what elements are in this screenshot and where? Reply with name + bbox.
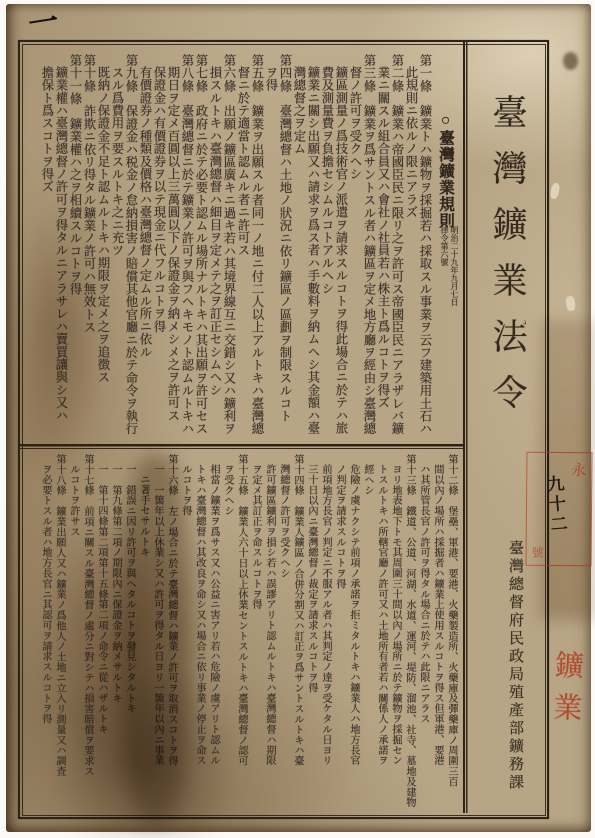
publisher-line: 臺灣總督府民政局殖產部鑛務課 [496, 540, 526, 802]
document-title: 臺灣鑛業法令 [486, 86, 532, 454]
text-column: 第六條 出願ノ鑛區廣キニ過キ若ハ其境界線互ニ交錯シ又ハ鑛利ヲ [222, 54, 236, 442]
text-column: 灣總督ノ許可ヲ受クヘシ [276, 454, 290, 811]
text-column: スル爲費用ヲ要スルトキ之ニ充ツ [110, 54, 124, 442]
text-column: 督ノ許可ヲ受クヘシ [348, 54, 362, 442]
text-column: 第一條 鑛業トハ鑛物ヲ採掘若ハ採取スル事業ヲ云フ建築用土石ハ [418, 54, 432, 442]
paper-dark-fleck [563, 52, 578, 70]
text-column: 三十日以內ニ臺灣總督ノ裁定ヲ請求スルコトヲ得 [304, 454, 318, 811]
text-column: ヲ必要トスル者ハ地方長官ニ其認可ヲ請求スルコトヲ得 [38, 454, 52, 811]
text-column: ルコトヲ得 [178, 454, 192, 811]
text-column: 第七條 政府ニ於テ必要ト認ムル場所ナルトキハ其出願ヲ許可セス [194, 54, 208, 442]
text-column: ヲ得 [264, 54, 278, 442]
text-column: 一 一箇年以上休業シ又ハ許可ヲ得タル日ヨリ一箇年以內ニ事業 [150, 454, 164, 811]
regulation-heading-text: ○臺灣鑛業規則 [437, 112, 454, 229]
text-column: 第五條 鑛業ヲ出願スル者同一ノ地ニ付二人以上アルトキハ臺灣總 [250, 54, 264, 442]
text-column: 第十一條 鑛業權ハ之ヲ相續スルコトヲ得 [68, 54, 82, 442]
text-column: 既納ノ保證金不足ト認ムルトキハ期限ヲ定メ之ヲ追徴ス [96, 54, 110, 442]
handwritten-stroke: 一 [25, 0, 62, 44]
text-column: 許可鑛區鑛利ヲ損シ若ハ誤謬アリト認ムルトキハ臺灣總督ハ期限 [262, 454, 276, 811]
text-column: 擔保ト爲スコトヲ得ズ [40, 54, 54, 442]
archive-stamp-handwritten-number: 九十二 [541, 474, 571, 536]
text-column: 第十三條 鐵道、公道、河湖、水道、運河、堤防、溜池、社寺、墓地及建物 [402, 454, 416, 811]
section-articles-12-18: 第十二條 堡壘、軍港、要港、火藥製造所、火藥庫及彈藥庫ノ周圍三百間以內ノ場所ハ採… [26, 454, 458, 811]
text-column: 第十八條 鑛業出願人又ハ鑛業ノ爲他人ノ土地ニ立入リ測量又ハ調査 [52, 454, 66, 811]
text-column: 第四條 臺灣總督ハ土地ノ狀況ニ依リ鑛區ノ區劃ヲ制限スルコト [278, 54, 292, 442]
text-column: 費及測量費ヲ負擔セシムルコトアルヘシ [320, 54, 334, 442]
section-articles-1-11: ○臺灣鑛業規則 明治二十九年九月七日律令第六號 第一條 鑛業トハ鑛物ヲ採掘若ハ採… [26, 54, 458, 442]
text-column: ノ判定ヲ請求スルコトヲ得 [332, 454, 346, 811]
text-column: ヨリ地表地下トモ其周圍三十間以內ノ場所ニ於テ鑛物ヲ採掘セン [388, 454, 402, 811]
text-column: 有價證券ノ種類及價格ハ臺灣總督ノ定ムル所ニ依ル [138, 54, 152, 442]
text-column: 相當ノ鑛業ヲ爲サス又ハ公益ニ害アリ若ハ危險ノ虞アリト認ムル [206, 454, 220, 811]
text-column: 第二條 鑛業ハ帝國臣民ニ限リ之ヲ許可ス帝國臣民ニアラザレバ鑛 [390, 54, 404, 442]
text-column: 期日ヲ定メ百圓以上三萬圓以下ノ保證金ヲ納メシメ之ヲ許可ス [166, 54, 180, 442]
promulgation-note: 明治二十九年九月七日律令第六號 [439, 226, 458, 306]
text-column: 第十五條 鑛業人六十日以上休業セントスルトキハ臺灣總督ノ認可 [234, 454, 248, 811]
text-column: 業ニ關スル組合員又ハ會社ノ社員若ハ株主ト爲ルコトヲ得ズ [376, 54, 390, 442]
red-margin-stamp: 鑛業 [545, 649, 589, 734]
archive-stamp-red-character-bottom: 號 [532, 544, 544, 561]
text-column: ルコトヲ許サス [66, 454, 80, 811]
regulation-heading: ○臺灣鑛業規則 明治二十九年九月七日律令第六號 [432, 54, 458, 442]
text-column: 鑛業權ハ臺灣總督ノ許可ヲ得タルニアラサレハ賣買讓與シ又ハ [54, 54, 68, 442]
text-column: 此規則ニ依ルノ限ニアラズ [404, 54, 418, 442]
text-column: 鑛業ニ關シ出願又ハ請求ヲ爲ス者ハ手數料ヲ納ムヘシ其金額ハ臺 [306, 54, 320, 442]
text-column: 第九條 保證金ハ税金ノ怠納損害ノ賠償其他官廳ニ於テ命令ヲ執行 [124, 54, 138, 442]
text-column: ハ其所管長官ノ許可ヲ得タル場合ニ於テハ此限ニアラス [416, 454, 430, 811]
text-column: ヲ受クヘシ [220, 454, 234, 811]
title-column-divider [463, 42, 468, 813]
text-column: 第十二條 堡壘、軍港、要港、火藥製造所、火藥庫及彈藥庫ノ周圍三百 [444, 454, 458, 811]
text-column: 鑛區測量ノ爲技術官ノ派遣ヲ請求スルコトヲ得此場合ニ於テハ旅 [334, 54, 348, 442]
text-column: トキハ臺灣總督ハ其改良ヲ命シ又ハ場合ニ依リ事業ノ停止ヲ命ス [192, 454, 206, 811]
archive-stamp: 永 號 九十二 [526, 452, 593, 567]
text-column: 第十六條 左ノ場合ニ於テ臺灣總督ハ鑛業ノ許可ヲ取消スコトヲ得 [164, 454, 178, 811]
text-column: 第三條 鑛業ヲ爲サントスル者ハ鑛區ヲ定メ地方廳ヲ經由シ臺灣總 [362, 54, 376, 442]
text-column: 第十七條 前項ニ關スル臺灣總督ノ處分ニ對シテハ損害賠償ヲ要求ス [80, 454, 94, 811]
text-column: 第八條 臺灣總督ニ於テ鑛業ノ許可ヲ與フヘキモノト認ムルトキハ [180, 54, 194, 442]
text-column: 灣總督之ヲ定ム [292, 54, 306, 442]
section-divider [20, 444, 464, 450]
text-column: 間以內ノ場所ハ採掘者ハ鑛業上使用スルコトヲ得ス但軍港、要港 [430, 454, 444, 811]
promulgation-note-line: 明治二十九年九月七日 [449, 226, 458, 306]
text-column: トスルトキハ所轄官廳ノ許可又ハ土地所有者若ハ關係人ノ承諾ヲ [374, 454, 388, 811]
text-column: ヲ定メ其訂正ヲ命スルコトヲ得 [248, 454, 262, 811]
text-column: 危險ノ虞ナクシテ前項ノ承諾ヲ拒ミタルトキハ鑛業人ハ地方長官 [346, 454, 360, 811]
archive-stamp-red-character-top: 永 [571, 459, 586, 480]
text-column: 一 第十四條第二項第十五條第二項ノ命令ニ從ハザルトキ [94, 454, 108, 811]
text-column: 保證金ハ有價證券ヲ以テ現金ニ代フルコトヲ得 [152, 54, 166, 442]
text-column: 第十條 詐欺ニ依リ得タル鑛業ノ許可ハ無效トス [82, 54, 96, 442]
text-column: 經ヘシ [360, 454, 374, 811]
text-column: 第十四條 鑛業人鑛區ノ合併分割又ハ訂正ヲ爲サントスルトキハ臺 [290, 454, 304, 811]
text-column: 損スルトキハ臺灣總督ハ細目ヲ定メテ之ヲ訂正セシムヘシ [208, 54, 222, 442]
text-column: 督ニ於テ適當ト認ムル者ニ許可ス [236, 54, 250, 442]
text-column: 一 錯誤ニ因リ許可ヲ與ヘタルコトヲ發見シタルトキ [122, 454, 136, 811]
promulgation-note-line: 律令第六號 [439, 226, 449, 306]
text-column: 前項地方長官ノ判定ニ不服アル者ハ其判定ノ達ヲ受ケタル日ヨリ [318, 454, 332, 811]
text-column: ニ著手セサルトキ [136, 454, 150, 811]
text-column: 一 第九條第二項ノ期限內ニ保證金ヲ納メサルトキ [108, 454, 122, 811]
